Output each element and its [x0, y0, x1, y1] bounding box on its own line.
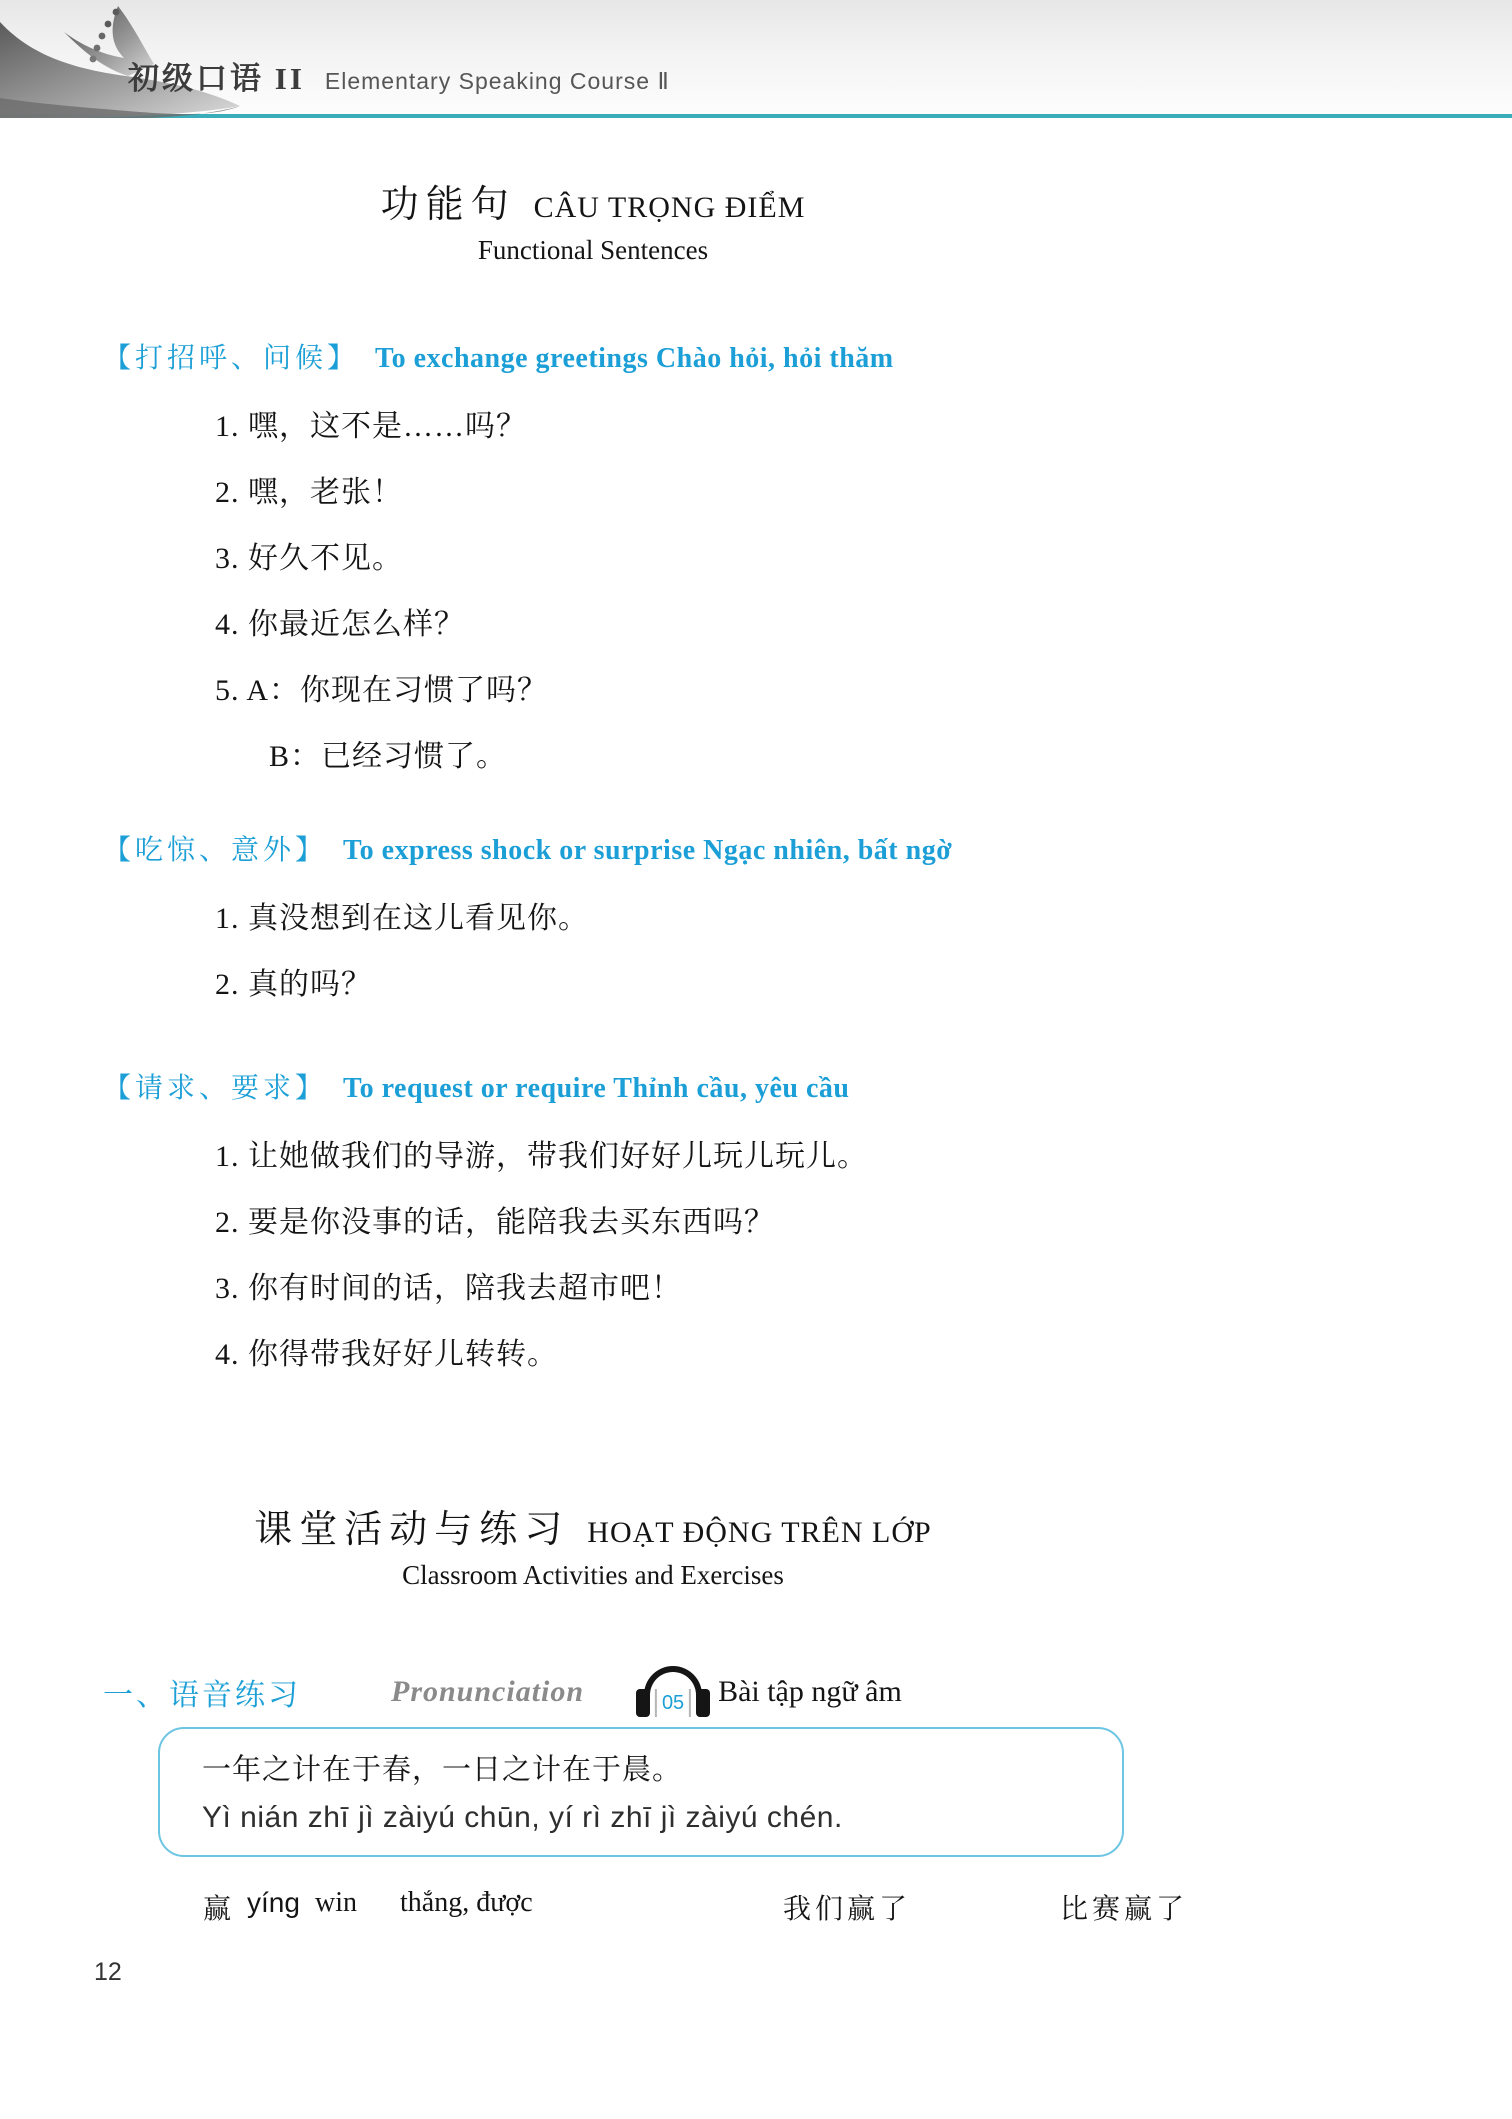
sentence-item: 1. 真没想到在这儿看见你。 — [103, 886, 1213, 952]
proverb-pinyin: Yì nián zhī jì zàiyú chūn, yí rì zhī jì … — [202, 1793, 1122, 1843]
sentence-item: 2. 嘿，老张！ — [103, 460, 1213, 526]
course-title-group: 初级口语 II Elementary Speaking Course Ⅱ — [128, 53, 670, 98]
functional-sections: 【打招呼、问候】To exchange greetings Chào hỏi, … — [103, 340, 1213, 1388]
function-section: 【打招呼、问候】To exchange greetings Chào hỏi, … — [103, 340, 1213, 790]
section-heading: To express shock or surprise Ngạc nhiên,… — [343, 835, 952, 866]
sentence-item: 1. 让她做我们的导游，带我们好好儿玩儿玩儿。 — [103, 1124, 1213, 1190]
course-title-en: Elementary Speaking Course Ⅱ — [325, 68, 670, 95]
exercise-number-label: 一、语音练习 — [103, 1670, 301, 1714]
functional-title-en: Functional Sentences — [103, 235, 1083, 266]
headphone-earcup-right-icon — [696, 1689, 710, 1717]
proverb-box: 一年之计在于春，一日之计在于晨。 Yì nián zhī jì zàiyú ch… — [158, 1727, 1124, 1857]
exercise-title-vi: Bài tập ngữ âm — [718, 1675, 902, 1709]
section-heading: To exchange greetings Chào hỏi, hỏi thăm — [375, 343, 894, 374]
sentence-item: 2. 要是你没事的话，能陪我去买东西吗？ — [103, 1190, 1213, 1256]
section-header: 【打招呼、问候】To exchange greetings Chào hỏi, … — [103, 340, 1213, 378]
activities-title-zh: 课堂活动与练习 — [254, 1509, 569, 1551]
vocab-pinyin: yíng — [247, 1887, 300, 1919]
functional-sentences-title: 功能句CÂU TRỌNG ĐIỂM Functional Sentences — [103, 118, 1083, 266]
classroom-activities-title: 课堂活动与练习HOẠT ĐỘNG TRÊN LỚP Classroom Acti… — [103, 1388, 1083, 1591]
functional-title-line: 功能句CÂU TRỌNG ĐIỂM — [103, 173, 1083, 228]
audio-track-number: 05 — [655, 1689, 691, 1717]
vocab-word: 赢 — [203, 1887, 231, 1927]
section-tag: 【请求、要求】 — [103, 1073, 327, 1104]
vocab-example-1: 我们赢了 — [783, 1887, 911, 1927]
activities-title-line: 课堂活动与练习HOẠT ĐỘNG TRÊN LỚP — [103, 1498, 1083, 1553]
headphone-earcup-left-icon — [636, 1689, 650, 1717]
vocab-example-2: 比赛赢了 — [1060, 1887, 1188, 1927]
textbook-page: 初级口语 II Elementary Speaking Course Ⅱ 功能句… — [0, 0, 1512, 2119]
vocab-meaning-vi: thắng, được — [400, 1887, 533, 1919]
page-content: 功能句CÂU TRỌNG ĐIỂM Functional Sentences 【… — [103, 118, 1213, 1939]
section-header: 【吃惊、意外】To express shock or surprise Ngạc… — [103, 832, 1213, 870]
section-tag: 【打招呼、问候】 — [103, 343, 359, 374]
sentence-item: 3. 好久不见。 — [103, 526, 1213, 592]
section-header: 【请求、要求】To request or require Thỉnh cầu, … — [103, 1070, 1213, 1108]
sentence-item: 3. 你有时间的话，陪我去超市吧！ — [103, 1256, 1213, 1322]
exercise-title-en: Pronunciation — [391, 1675, 584, 1709]
sentence-item: 1. 嘿，这不是……吗？ — [103, 394, 1213, 460]
functional-title-zh: 功能句 — [381, 184, 516, 226]
sentence-list: 1. 真没想到在这儿看见你。2. 真的吗？ — [103, 886, 1213, 1018]
section-heading: To request or require Thỉnh cầu, yêu cầu — [343, 1073, 849, 1104]
course-title-zh: 初级口语 II — [128, 53, 305, 98]
sentence-item: 5. A：你现在习惯了吗？ — [103, 658, 1213, 724]
section-tag: 【吃惊、意外】 — [103, 835, 327, 866]
sentence-item: 4. 你得带我好好儿转转。 — [103, 1322, 1213, 1388]
sentence-item: B：已经习惯了。 — [103, 724, 1213, 790]
page-number: 12 — [94, 1958, 122, 1987]
proverb-chinese: 一年之计在于春，一日之计在于晨。 — [202, 1747, 1122, 1793]
pronunciation-exercise-header: 一、语音练习 Pronunciation 05 Bài tập ngữ âm — [103, 1663, 1213, 1721]
sentence-list: 1. 嘿，这不是……吗？2. 嘿，老张！3. 好久不见。4. 你最近怎么样？5.… — [103, 394, 1213, 790]
activities-title-vi: HOẠT ĐỘNG TRÊN LỚP — [587, 1516, 931, 1549]
sentence-list: 1. 让她做我们的导游，带我们好好儿玩儿玩儿。2. 要是你没事的话，能陪我去买东… — [103, 1124, 1213, 1388]
vocab-meaning-en: win — [315, 1887, 357, 1919]
sentence-item: 2. 真的吗？ — [103, 952, 1213, 1018]
activities-title-en: Classroom Activities and Exercises — [103, 1560, 1083, 1591]
function-section: 【请求、要求】To request or require Thỉnh cầu, … — [103, 1070, 1213, 1388]
function-section: 【吃惊、意外】To express shock or surprise Ngạc… — [103, 832, 1213, 1018]
audio-track-badge: 05 — [636, 1664, 710, 1720]
functional-title-vi: CÂU TRỌNG ĐIỂM — [534, 191, 806, 224]
sentence-item: 4. 你最近怎么样？ — [103, 592, 1213, 658]
page-header-banner: 初级口语 II Elementary Speaking Course Ⅱ — [0, 0, 1512, 118]
vocab-row: 赢 yíng win thắng, được 我们赢了 比赛赢了 — [103, 1887, 1213, 1939]
